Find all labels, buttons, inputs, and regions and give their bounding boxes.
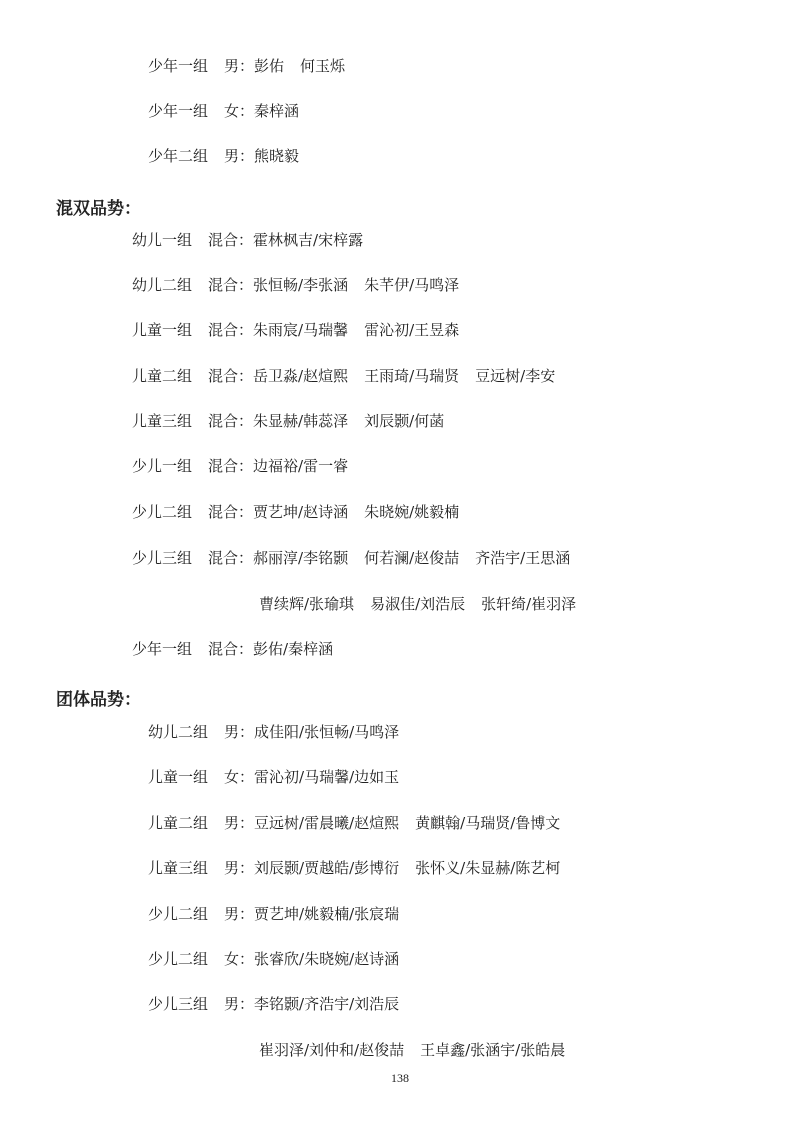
group-label: 少儿二组 — [148, 904, 208, 924]
gender-label: 男： — [224, 858, 254, 878]
gender-label: 男： — [224, 146, 254, 166]
gender-label: 男： — [224, 56, 254, 76]
gender-label: 混合： — [208, 366, 253, 386]
gender-label: 混合： — [208, 230, 253, 250]
gender-label: 混合： — [208, 275, 253, 295]
gender-label: 男： — [224, 722, 254, 742]
group-label: 少年一组 — [148, 101, 208, 121]
group-label: 少年一组 — [132, 639, 192, 659]
group-label: 少儿一组 — [132, 456, 192, 476]
group-label: 儿童三组 — [148, 858, 208, 878]
entry: 张怀义/朱显赫/陈艺柯 — [415, 859, 560, 877]
gender-label: 混合： — [208, 411, 253, 431]
entries: 彭佑何玉烁 — [254, 57, 361, 75]
gender-label: 女： — [224, 767, 254, 787]
group-label: 儿童三组 — [132, 411, 192, 431]
group-label: 幼儿二组 — [132, 275, 192, 295]
group-label: 儿童二组 — [132, 366, 192, 386]
page-number: 138 — [0, 1071, 800, 1086]
result-row: 儿童二组混合：岳卫淼/赵煊熙王雨琦/马瑞贤豆远树/李安 — [132, 366, 571, 386]
entry: 王雨琦/马瑞贤 — [364, 367, 459, 385]
entry: 崔羽泽/刘仲和/赵俊喆 — [259, 1041, 404, 1059]
result-row: 少年一组混合：彭佑/秦梓涵 — [132, 639, 349, 659]
entry: 何玉烁 — [300, 57, 345, 75]
entry: 王卓鑫/张涵宇/张皓晨 — [420, 1041, 565, 1059]
gender-label: 混合： — [208, 639, 253, 659]
entry: 易淑佳/刘浩辰 — [370, 595, 465, 613]
entry: 贾艺坤/姚毅楠/张宸瑞 — [254, 905, 399, 923]
entry: 边福裕/雷一睿 — [253, 457, 348, 475]
group-label: 少年一组 — [148, 56, 208, 76]
group-label: 少儿二组 — [132, 502, 192, 522]
entry: 彭佑/秦梓涵 — [253, 640, 333, 658]
document-page: 少年一组男：彭佑何玉烁 少年一组女：秦梓涵 少年二组男：熊晓毅 混双品势： 幼儿… — [0, 0, 800, 1131]
entry: 雷沁初/马瑞馨/边如玉 — [254, 768, 399, 786]
entry: 张轩绮/崔羽泽 — [481, 595, 576, 613]
gender-label: 混合： — [208, 456, 253, 476]
entry: 朱显赫/韩蕊泽 — [253, 412, 348, 430]
entry: 李铭颢/齐浩宇/刘浩辰 — [254, 995, 399, 1013]
entry: 黄麒翰/马瑞贤/鲁博文 — [415, 814, 560, 832]
entry: 豆远树/雷晨曦/赵煊熙 — [254, 814, 399, 832]
entry: 朱晓婉/姚毅楠 — [364, 503, 459, 521]
gender-label: 女： — [224, 101, 254, 121]
entry: 何若澜/赵俊喆 — [364, 549, 459, 567]
result-row: 少儿三组男：李铭颢/齐浩宇/刘浩辰 — [148, 994, 415, 1014]
result-row-continuation: 曹续辉/张瑜琪易淑佳/刘浩辰张轩绮/崔羽泽 — [259, 594, 592, 614]
group-label: 儿童一组 — [148, 767, 208, 787]
entry: 彭佑 — [254, 57, 284, 75]
result-row: 儿童一组女：雷沁初/马瑞馨/边如玉 — [148, 767, 415, 787]
gender-label: 男： — [224, 994, 254, 1014]
result-row: 少儿二组女：张睿欣/朱晓婉/赵诗涵 — [148, 949, 415, 969]
result-row: 少儿二组混合：贾艺坤/赵诗涵朱晓婉/姚毅楠 — [132, 502, 475, 522]
gender-label: 混合： — [208, 548, 253, 568]
result-row: 儿童三组混合：朱显赫/韩蕊泽刘辰颢/何菡 — [132, 411, 460, 431]
entry: 刘辰颢/何菡 — [364, 412, 444, 430]
result-row: 儿童二组男：豆远树/雷晨曦/赵煊熙黄麒翰/马瑞贤/鲁博文 — [148, 813, 576, 833]
group-label: 儿童二组 — [148, 813, 208, 833]
entry: 齐浩宇/王思涵 — [475, 549, 570, 567]
result-row: 少年一组女：秦梓涵 — [148, 101, 315, 121]
result-row: 幼儿一组混合：霍林枫吉/宋梓露 — [132, 230, 379, 250]
group-label: 少儿三组 — [148, 994, 208, 1014]
group-label: 少儿三组 — [132, 548, 192, 568]
result-row: 儿童一组混合：朱雨宸/马瑞馨雷沁初/王昱森 — [132, 320, 475, 340]
gender-label: 女： — [224, 949, 254, 969]
entry: 郝丽淳/李铭颢 — [253, 549, 348, 567]
group-label: 儿童一组 — [132, 320, 192, 340]
gender-label: 混合： — [208, 502, 253, 522]
result-row: 少年一组男：彭佑何玉烁 — [148, 56, 361, 76]
result-row-continuation: 崔羽泽/刘仲和/赵俊喆王卓鑫/张涵宇/张皓晨 — [259, 1040, 581, 1060]
gender-label: 男： — [224, 904, 254, 924]
result-row: 少儿三组混合：郝丽淳/李铭颢何若澜/赵俊喆齐浩宇/王思涵 — [132, 548, 586, 568]
entry: 张睿欣/朱晓婉/赵诗涵 — [254, 950, 399, 968]
section-heading-mixed-doubles: 混双品势： — [56, 198, 141, 220]
entry: 刘辰颢/贾越皓/彭博衍 — [254, 859, 399, 877]
entry: 成佳阳/张恒畅/马鸣泽 — [254, 723, 399, 741]
result-row: 少年二组男：熊晓毅 — [148, 146, 315, 166]
entry: 岳卫淼/赵煊熙 — [253, 367, 348, 385]
entry: 曹续辉/张瑜琪 — [259, 595, 354, 613]
entry: 豆远树/李安 — [475, 367, 555, 385]
group-label: 少年二组 — [148, 146, 208, 166]
group-label: 少儿二组 — [148, 949, 208, 969]
gender-label: 混合： — [208, 320, 253, 340]
result-row: 儿童三组男：刘辰颢/贾越皓/彭博衍张怀义/朱显赫/陈艺柯 — [148, 858, 576, 878]
entry: 张恒畅/李张涵 — [253, 276, 348, 294]
result-row: 少儿一组混合：边福裕/雷一睿 — [132, 456, 364, 476]
entry: 熊晓毅 — [254, 147, 299, 165]
group-label: 幼儿二组 — [148, 722, 208, 742]
entry: 贾艺坤/赵诗涵 — [253, 503, 348, 521]
gender-label: 男： — [224, 813, 254, 833]
entry: 雷沁初/王昱森 — [364, 321, 459, 339]
result-row: 幼儿二组混合：张恒畅/李张涵朱芊伊/马鸣泽 — [132, 275, 475, 295]
group-label: 幼儿一组 — [132, 230, 192, 250]
section-heading-team: 团体品势： — [56, 689, 141, 711]
entry: 朱芊伊/马鸣泽 — [364, 276, 459, 294]
entry: 秦梓涵 — [254, 102, 299, 120]
entry: 霍林枫吉/宋梓露 — [253, 231, 363, 249]
result-row: 少儿二组男：贾艺坤/姚毅楠/张宸瑞 — [148, 904, 415, 924]
result-row: 幼儿二组男：成佳阳/张恒畅/马鸣泽 — [148, 722, 415, 742]
entry: 朱雨宸/马瑞馨 — [253, 321, 348, 339]
